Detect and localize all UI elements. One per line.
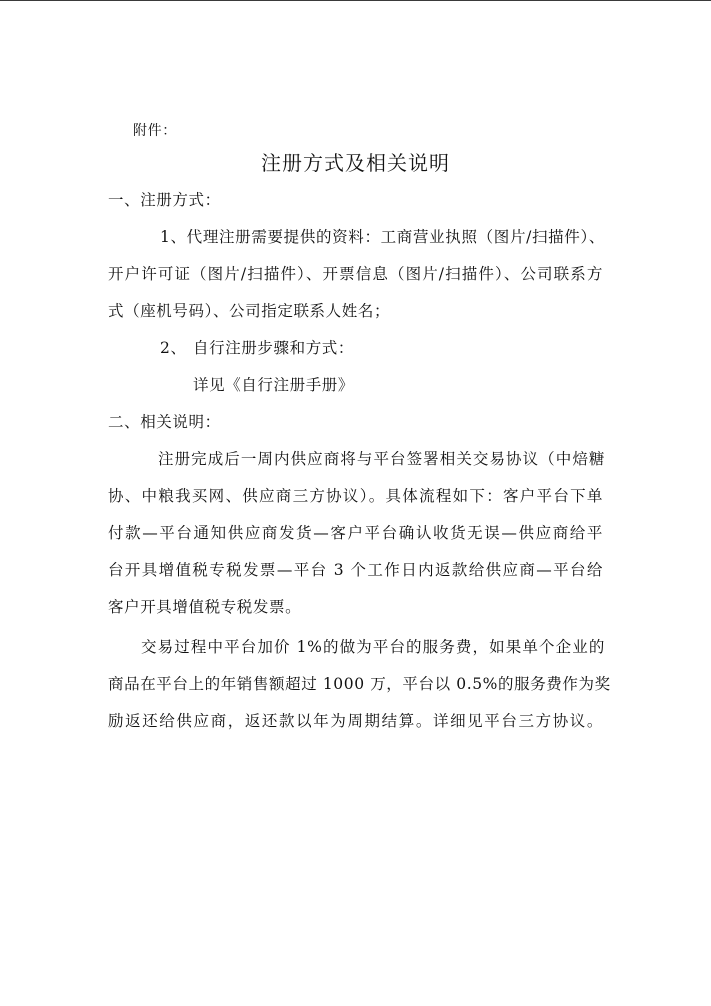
- section2-para1-line1: 注册完成后一周内供应商将与平台签署相关交易协议（中焙糖: [158, 449, 605, 469]
- section1-item2-text: 自行注册步骤和方式：: [193, 338, 354, 358]
- section1-item2-detail: 详见《自行注册手册》: [193, 375, 354, 395]
- section1-item1-line3: 式（座机号码）、公司指定联系人姓名；: [108, 301, 390, 321]
- section1-item1-line2: 开户许可证（图片/扫描件）、开票信息（图片/扫描件）、公司联系方: [108, 264, 603, 284]
- section2-para2-line3: 励返还给供应商，返还款以年为周期结算。详细见平台三方协议。: [108, 711, 603, 731]
- section1-heading: 一、注册方式：: [108, 190, 221, 210]
- section2-para2-line2: 商品在平台上的年销售额超过 1000 万，平台以 0.5%的服务费作为奖: [108, 674, 603, 694]
- section2-para2-line1: 交易过程中平台加价 1%的做为平台的服务费，如果单个企业的: [141, 637, 605, 657]
- page-top-border: [0, 0, 711, 1]
- section2-para1-line2: 协、中粮我买网、供应商三方协议）。具体流程如下：客户平台下单: [108, 486, 603, 506]
- document-title: 注册方式及相关说明: [0, 150, 711, 176]
- section2-para1-line3: 付款—平台通知供应商发货—客户平台确认收货无误—供应商给平: [108, 523, 603, 543]
- section2-heading: 二、相关说明：: [108, 412, 221, 432]
- section1-item1-line1: 1、代理注册需要提供的资料：工商营业执照（图片/扫描件）、: [160, 227, 605, 247]
- attachment-label: 附件：: [133, 121, 177, 141]
- section2-para1-line4: 台开具增值税专税发票—平台 3 个工作日内返款给供应商—平台给: [108, 560, 603, 580]
- section1-item2-label: 2、: [160, 338, 187, 358]
- section2-para1-line5: 客户开具增值税专税发票。: [108, 597, 301, 617]
